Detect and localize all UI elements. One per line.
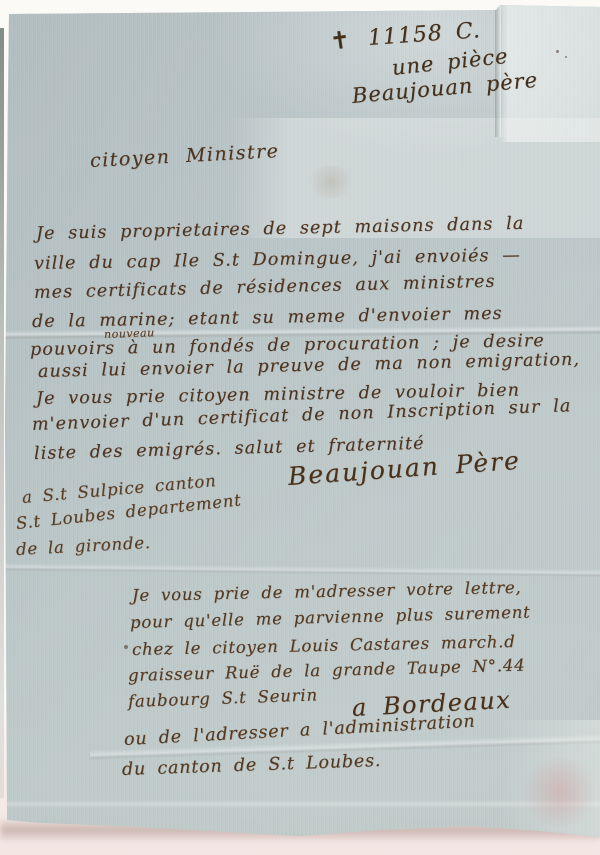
ink-speck: [556, 50, 559, 53]
ps-line: Je vous prie de m'adresser votre lettre,: [132, 578, 522, 605]
letter-line: mes certificats de résidences aux minist…: [34, 272, 496, 303]
stain-pink: [520, 758, 600, 826]
ps-line: du canton de S.t Loubes.: [122, 751, 382, 780]
ps-line: ou de l'adresser a l'administration: [123, 712, 475, 750]
address-line: de la gironde.: [16, 533, 152, 559]
stain-smudge: [306, 166, 356, 198]
ps-line: pour qu'elle me parvienne plus surement: [130, 603, 531, 632]
ps-line: graisseur Ruë de la grande Taupe N°.44: [128, 656, 526, 685]
ink-speck: [565, 56, 567, 58]
ps-line: faubourg S.t Seurin: [128, 685, 318, 711]
ink-speck: [124, 645, 128, 649]
scan-background: ✝ 11158 C. une pièce Beaujouan père cito…: [0, 0, 600, 855]
paper-bottom-right-light: [500, 720, 600, 838]
ps-line: chez le citoyen Louis Castares march.d: [132, 632, 516, 659]
letter-paper: ✝ 11158 C. une pièce Beaujouan père cito…: [0, 0, 600, 855]
archive-number: 11158 C.: [367, 18, 481, 51]
fold-crease-lower: [0, 563, 600, 577]
scan-edge-shadow: [0, 28, 4, 798]
letter-line: de la marine; etant su meme d'envoier me…: [32, 304, 503, 332]
letter-line: ville du cap Ile S.t Domingue, j'ai envo…: [34, 246, 521, 274]
salutation: citoyen Ministre: [89, 140, 280, 172]
fold-crease-bottom: [0, 800, 600, 808]
letter-line: Je suis proprietaires de sept maisons da…: [36, 214, 525, 244]
paraph-mark: ✝: [328, 25, 353, 56]
